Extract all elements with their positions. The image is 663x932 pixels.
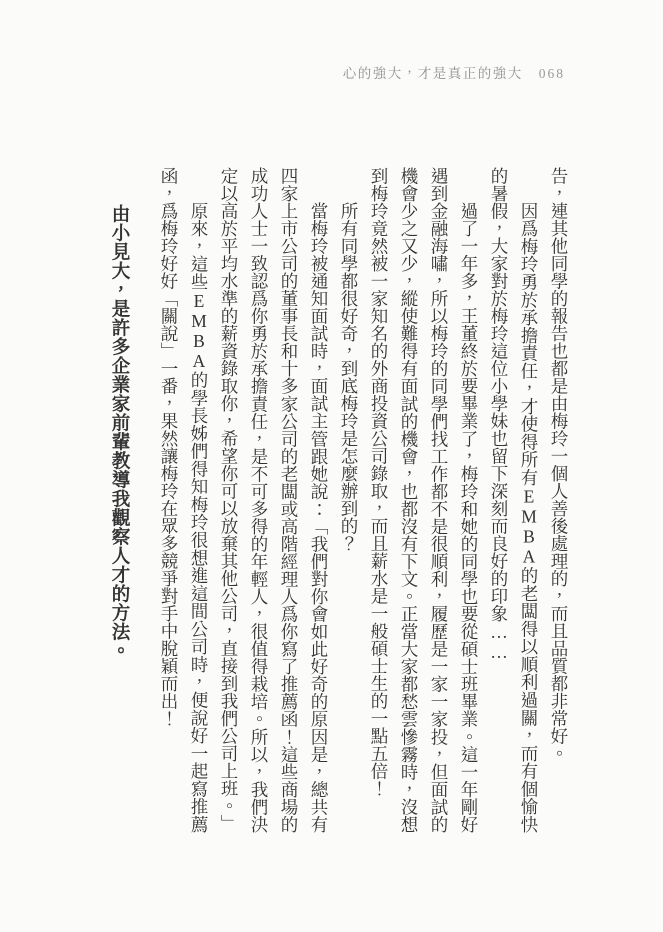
paragraph: 當梅玲被通知面試時，面試主管跟她說：「我們對你會如此好奇的原因是，總共有四家上市… — [214, 167, 334, 833]
running-head-title: 心的強大，才是真正的強大 — [343, 66, 523, 81]
body-text: 告，連其他同學的報告也都是由梅玲一個人善後處理的，而且品質都非常好。 因爲梅玲勇… — [104, 167, 574, 833]
running-head: 心的強大，才是真正的強大068 — [343, 62, 565, 82]
paragraph: 所有同學都很好奇，到底梅玲是怎麼辦到的？ — [334, 167, 364, 833]
paragraph: 過了一年多，王董終於要畢業了，梅玲和她的同學也要從碩士班畢業。這一年剛好遇到金融… — [364, 167, 484, 833]
paragraph: 因爲梅玲勇於承擔責任，才使得所有EMBA的老闆得以順利過關，而有個愉快的暑假，大… — [484, 167, 544, 833]
paragraph-emphasis: 由小見大，是許多企業家前輩教導我觀察人才的方法。 — [104, 167, 134, 833]
page-number: 068 — [539, 66, 565, 81]
book-page: 心的強大，才是真正的強大068 告，連其他同學的報告也都是由梅玲一個人善後處理的… — [0, 0, 663, 932]
paragraph-continued: 告，連其他同學的報告也都是由梅玲一個人善後處理的，而且品質都非常好。 — [544, 167, 574, 833]
paragraph: 原來，這些EMBA的學長姊們得知梅玲很想進這間公司時，便說好一起寫推薦函，爲梅玲… — [154, 167, 214, 833]
